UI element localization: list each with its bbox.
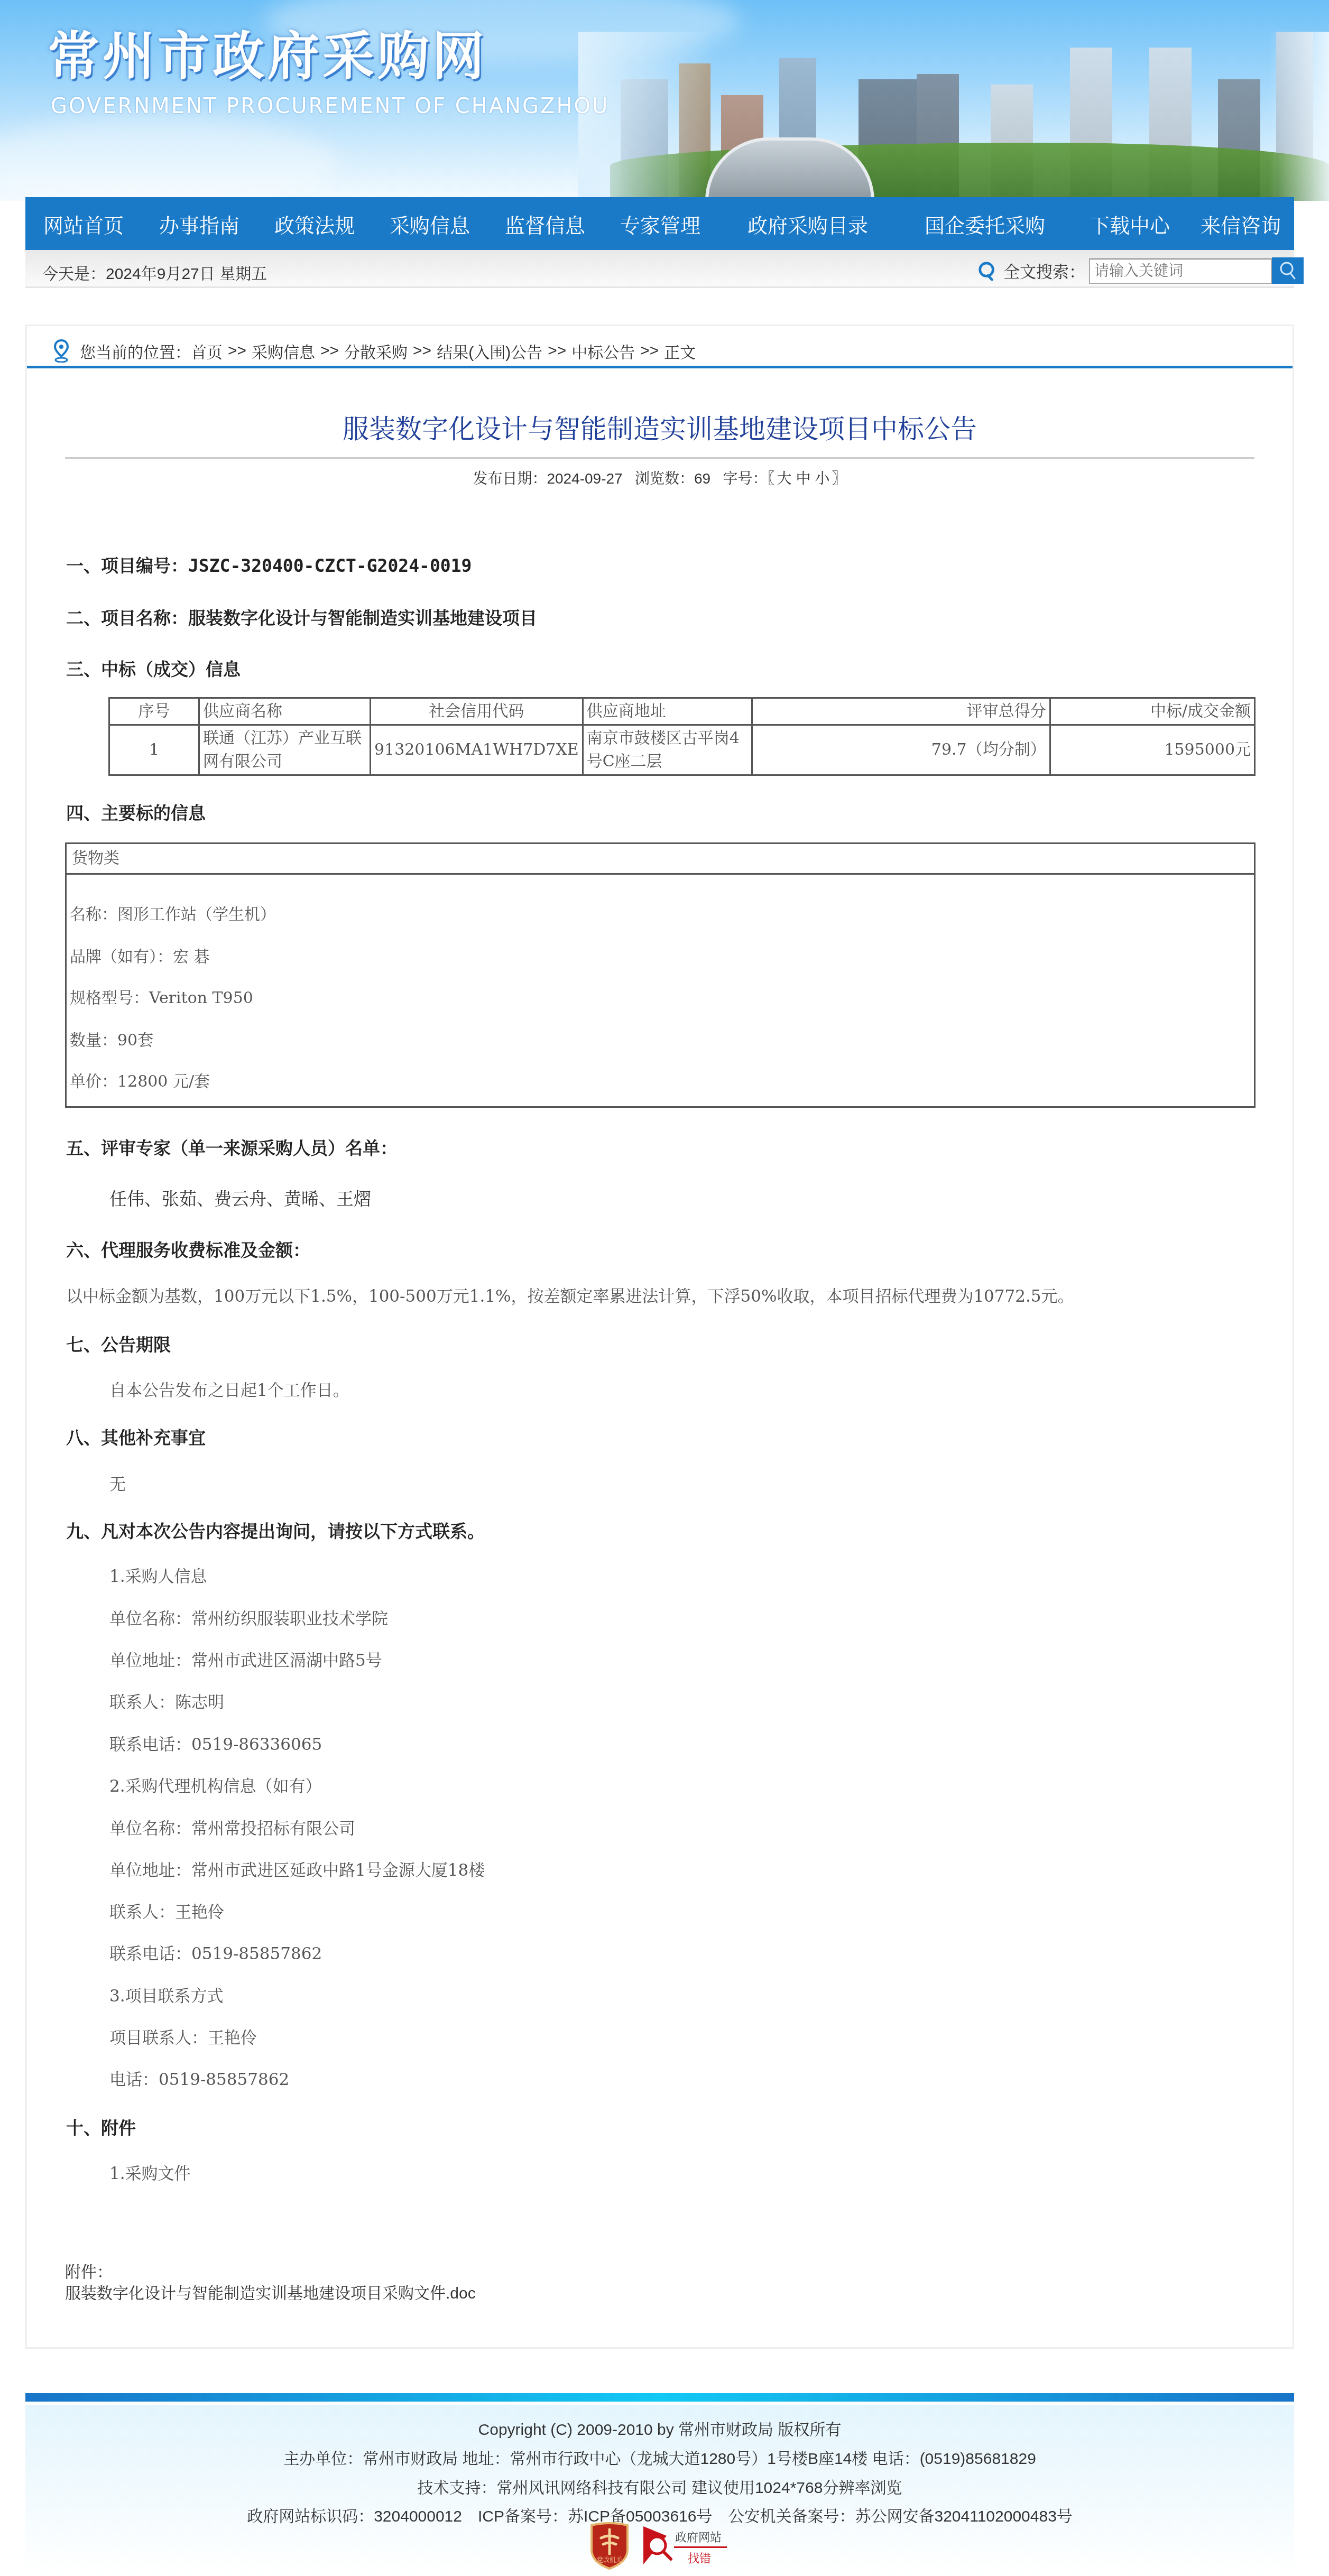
nav-guide[interactable]: 办事指南 <box>142 209 257 238</box>
publish-date-label: 发布日期： <box>473 470 547 487</box>
table-row: 1 联通（江苏）产业互联网有限公司 91320106MA1WH7D7XE 南京市… <box>109 725 1255 775</box>
article-title: 服装数字化设计与智能制造实训基地建设项目中标公告 <box>27 408 1293 446</box>
location-pin-icon <box>53 339 69 363</box>
section-label: 一、项目编号： <box>66 555 188 576</box>
nav-supervision[interactable]: 监督信息 <box>487 209 603 238</box>
section-attachments: 十、附件 <box>66 2115 136 2139</box>
nav-catalog[interactable]: 政府采购目录 <box>718 209 898 238</box>
search-button[interactable] <box>1272 257 1304 284</box>
nav-policy[interactable]: 政策法规 <box>257 209 372 238</box>
breadcrumb-current: 正文 <box>664 339 696 363</box>
search-input[interactable] <box>1089 258 1272 284</box>
goods-unit-price: 单价：12800 元/套 <box>70 1068 210 1091</box>
breadcrumb-separator: >> <box>413 342 431 360</box>
breadcrumb-separator: >> <box>320 342 339 360</box>
section-other-matters: 八、其他补充事宜 <box>66 1424 206 1449</box>
contact-line: 项目联系人：王艳伶 <box>109 2024 257 2048</box>
goods-model: 规格型号：Veriton T950 <box>70 985 253 1008</box>
breadcrumb-divider <box>27 366 1293 368</box>
bracket: 〖 <box>768 470 775 487</box>
party-government-badge-icon[interactable]: 党政机关 <box>588 2522 631 2570</box>
info-bar: 今天是：2024年9月27日 星期五 全文搜索： <box>25 250 1294 288</box>
main-nav: 网站首页 办事指南 政策法规 采购信息 监督信息 专家管理 政府采购目录 国企委… <box>25 197 1294 250</box>
attachment-file-link[interactable]: 服装数字化设计与智能制造实训基地建设项目采购文件.doc <box>65 2280 476 2303</box>
font-size-medium[interactable]: 中 <box>796 470 811 487</box>
cell-no: 1 <box>109 725 199 775</box>
contact-line: 单位地址：常州市武进区滆湖中路5号 <box>109 1647 382 1671</box>
contact-line: 联系电话：0519-86336065 <box>109 1731 322 1755</box>
views-count: 69 <box>694 470 710 487</box>
section-contact: 九、凡对本次公告内容提出询问，请按以下方式联系。 <box>66 1518 485 1543</box>
contact-line: 单位名称：常州纺织服装职业技术学院 <box>109 1605 388 1629</box>
svg-text:找错: 找错 <box>688 2552 711 2565</box>
goods-category: 货物类 <box>67 844 1254 875</box>
goods-quantity: 数量：90套 <box>70 1027 153 1050</box>
col-amount: 中标/成交金额 <box>1050 698 1254 725</box>
contact-line: 单位地址：常州市武进区延政中路1号金源大厦18楼 <box>109 1857 485 1880</box>
table-header-row: 序号 供应商名称 社会信用代码 供应商地址 评审总得分 中标/成交金额 <box>109 698 1255 725</box>
article-panel: 您当前的位置： 首页 >> 采购信息 >> 分散采购 >> 结果(入围)公告 >… <box>25 325 1294 2349</box>
search-label-group: 全文搜索： <box>977 258 1085 282</box>
col-no: 序号 <box>109 698 199 725</box>
breadcrumb-separator: >> <box>640 342 659 360</box>
section-notice-period: 七、公告期限 <box>66 1331 171 1356</box>
notice-period-text: 自本公告发布之日起1个工作日。 <box>109 1377 349 1401</box>
svg-text:党政机关: 党政机关 <box>597 2556 622 2564</box>
site-subtitle: GOVERNMENT PROCUREMENT OF CHANGZHOU <box>51 94 609 118</box>
expert-names: 任伟、张茹、费云舟、黄晞、王熠 <box>109 1185 371 1210</box>
winner-table: 序号 供应商名称 社会信用代码 供应商地址 评审总得分 中标/成交金额 1 联通… <box>108 697 1256 776</box>
nav-home[interactable]: 网站首页 <box>25 209 142 238</box>
footer-badges: 党政机关 政府网站 找错 <box>25 2522 1294 2570</box>
section-project-number: 一、项目编号：JSZC-320400-CZCT-G2024-0019 <box>66 552 472 577</box>
col-supplier-name: 供应商名称 <box>199 698 371 725</box>
banner-cloud <box>0 116 338 201</box>
attachment-label: 附件： <box>65 2259 113 2282</box>
svg-text:政府网站: 政府网站 <box>675 2531 722 2544</box>
section-main-items: 四、主要标的信息 <box>66 800 206 824</box>
section-award-info: 三、中标（成交）信息 <box>66 656 241 681</box>
bracket: 〗 <box>832 470 847 487</box>
cell-score: 79.7（均分制） <box>752 725 1050 775</box>
cell-supplier-name: 联通（江苏）产业互联网有限公司 <box>199 725 371 775</box>
contact-line: 2.采购代理机构信息（如有） <box>109 1773 322 1796</box>
section-project-name: 二、项目名称：服装数字化设计与智能制造实训基地建设项目 <box>66 605 537 629</box>
project-number: JSZC-320400-CZCT-G2024-0019 <box>188 555 472 576</box>
article-meta: 发布日期：2024-09-27 浏览数：69 字号：〖大中小〗 <box>27 467 1293 488</box>
views-label: 浏览数： <box>635 470 694 487</box>
search-label: 全文搜索： <box>1003 258 1085 282</box>
cell-amount: 1595000元 <box>1050 725 1254 775</box>
agency-fee-text: 以中标金额为基数，100万元以下1.5%，100-500万元1.1%，按差额定率… <box>66 1283 1074 1306</box>
other-matters-text: 无 <box>109 1471 126 1495</box>
footer-copyright: Copyright (C) 2009-2010 by 常州市财政局 版权所有 <box>25 2416 1294 2440</box>
contact-line: 联系人：王艳伶 <box>109 1898 224 1922</box>
breadcrumb-prefix: 您当前的位置： <box>80 339 191 363</box>
font-size-label: 字号： <box>723 470 768 487</box>
nav-procurement-info[interactable]: 采购信息 <box>372 209 487 238</box>
publish-date: 2024-09-27 <box>547 470 622 487</box>
website-error-report-icon[interactable]: 政府网站 找错 <box>641 2522 731 2570</box>
breadcrumb-results[interactable]: 结果(入围)公告 <box>437 339 542 363</box>
goods-name: 名称：图形工作站（学生机） <box>70 901 276 924</box>
contact-line: 联系电话：0519-85857862 <box>109 1940 322 1964</box>
section-experts: 五、评审专家（单一来源采购人员）名单： <box>66 1135 398 1160</box>
cell-credit-code: 91320106MA1WH7D7XE <box>371 725 583 775</box>
col-credit-code: 社会信用代码 <box>371 698 583 725</box>
search-icon <box>1279 261 1297 281</box>
nav-contact[interactable]: 来信咨询 <box>1187 209 1294 238</box>
breadcrumb-procurement-info[interactable]: 采购信息 <box>252 339 315 363</box>
project-name: 服装数字化设计与智能制造实训基地建设项目 <box>188 608 537 628</box>
breadcrumb-separator: >> <box>548 342 566 360</box>
footer-host-info: 主办单位：常州市财政局 地址：常州市行政中心（龙城大道1280号）1号楼B座14… <box>25 2445 1294 2469</box>
breadcrumb-separator: >> <box>228 342 246 360</box>
footer-tech-support: 技术支持：常州风讯网络科技有限公司 建议使用1024*768分辨率浏览 <box>25 2475 1294 2498</box>
col-address: 供应商地址 <box>583 698 752 725</box>
footer-accent-bar <box>25 2393 1294 2402</box>
attachment-item-text: 1.采购文件 <box>109 2160 191 2184</box>
goods-brand: 品牌（如有）：宏 碁 <box>70 943 210 967</box>
contact-line: 电话：0519-85857862 <box>109 2066 289 2090</box>
breadcrumb: 您当前的位置： 首页 >> 采购信息 >> 分散采购 >> 结果(入围)公告 >… <box>53 338 696 364</box>
site-footer: Copyright (C) 2009-2010 by 常州市财政局 版权所有 主… <box>25 2405 1294 2576</box>
contact-line: 3.项目联系方式 <box>109 1982 224 2006</box>
breadcrumb-home[interactable]: 首页 <box>191 339 223 363</box>
contact-line: 1.采购人信息 <box>109 1563 207 1587</box>
col-score: 评审总得分 <box>752 698 1050 725</box>
breadcrumb-decentralized[interactable]: 分散采购 <box>344 339 408 363</box>
search-icon <box>977 261 997 281</box>
site-banner: 常州市政府采购网 GOVERNMENT PROCUREMENT OF CHANG… <box>0 0 1329 201</box>
title-divider <box>65 457 1254 459</box>
font-size-large[interactable]: 大 <box>777 470 792 487</box>
nav-downloads[interactable]: 下载中心 <box>1072 209 1187 238</box>
goods-info-box: 货物类 名称：图形工作站（学生机） 品牌（如有）：宏 碁 规格型号：Verito… <box>65 842 1256 1108</box>
cell-address: 南京市鼓楼区古平岗4号C座二层 <box>583 725 752 775</box>
section-label: 二、项目名称： <box>66 608 188 628</box>
today-date: 今天是：2024年9月27日 星期五 <box>42 261 267 284</box>
banner-cityscape-image <box>578 32 1329 201</box>
nav-soe-entrusted[interactable]: 国企委托采购 <box>898 209 1072 238</box>
font-size-small[interactable]: 小 <box>815 470 830 487</box>
breadcrumb-award-notices[interactable]: 中标公告 <box>571 339 635 363</box>
section-agency-fee: 六、代理服务收费标准及金额： <box>66 1237 310 1262</box>
nav-experts[interactable]: 专家管理 <box>603 209 718 238</box>
contact-line: 单位名称：常州常投招标有限公司 <box>109 1815 355 1839</box>
contact-line: 联系人：陈志明 <box>109 1689 224 1712</box>
site-title: 常州市政府采购网 <box>48 15 487 89</box>
